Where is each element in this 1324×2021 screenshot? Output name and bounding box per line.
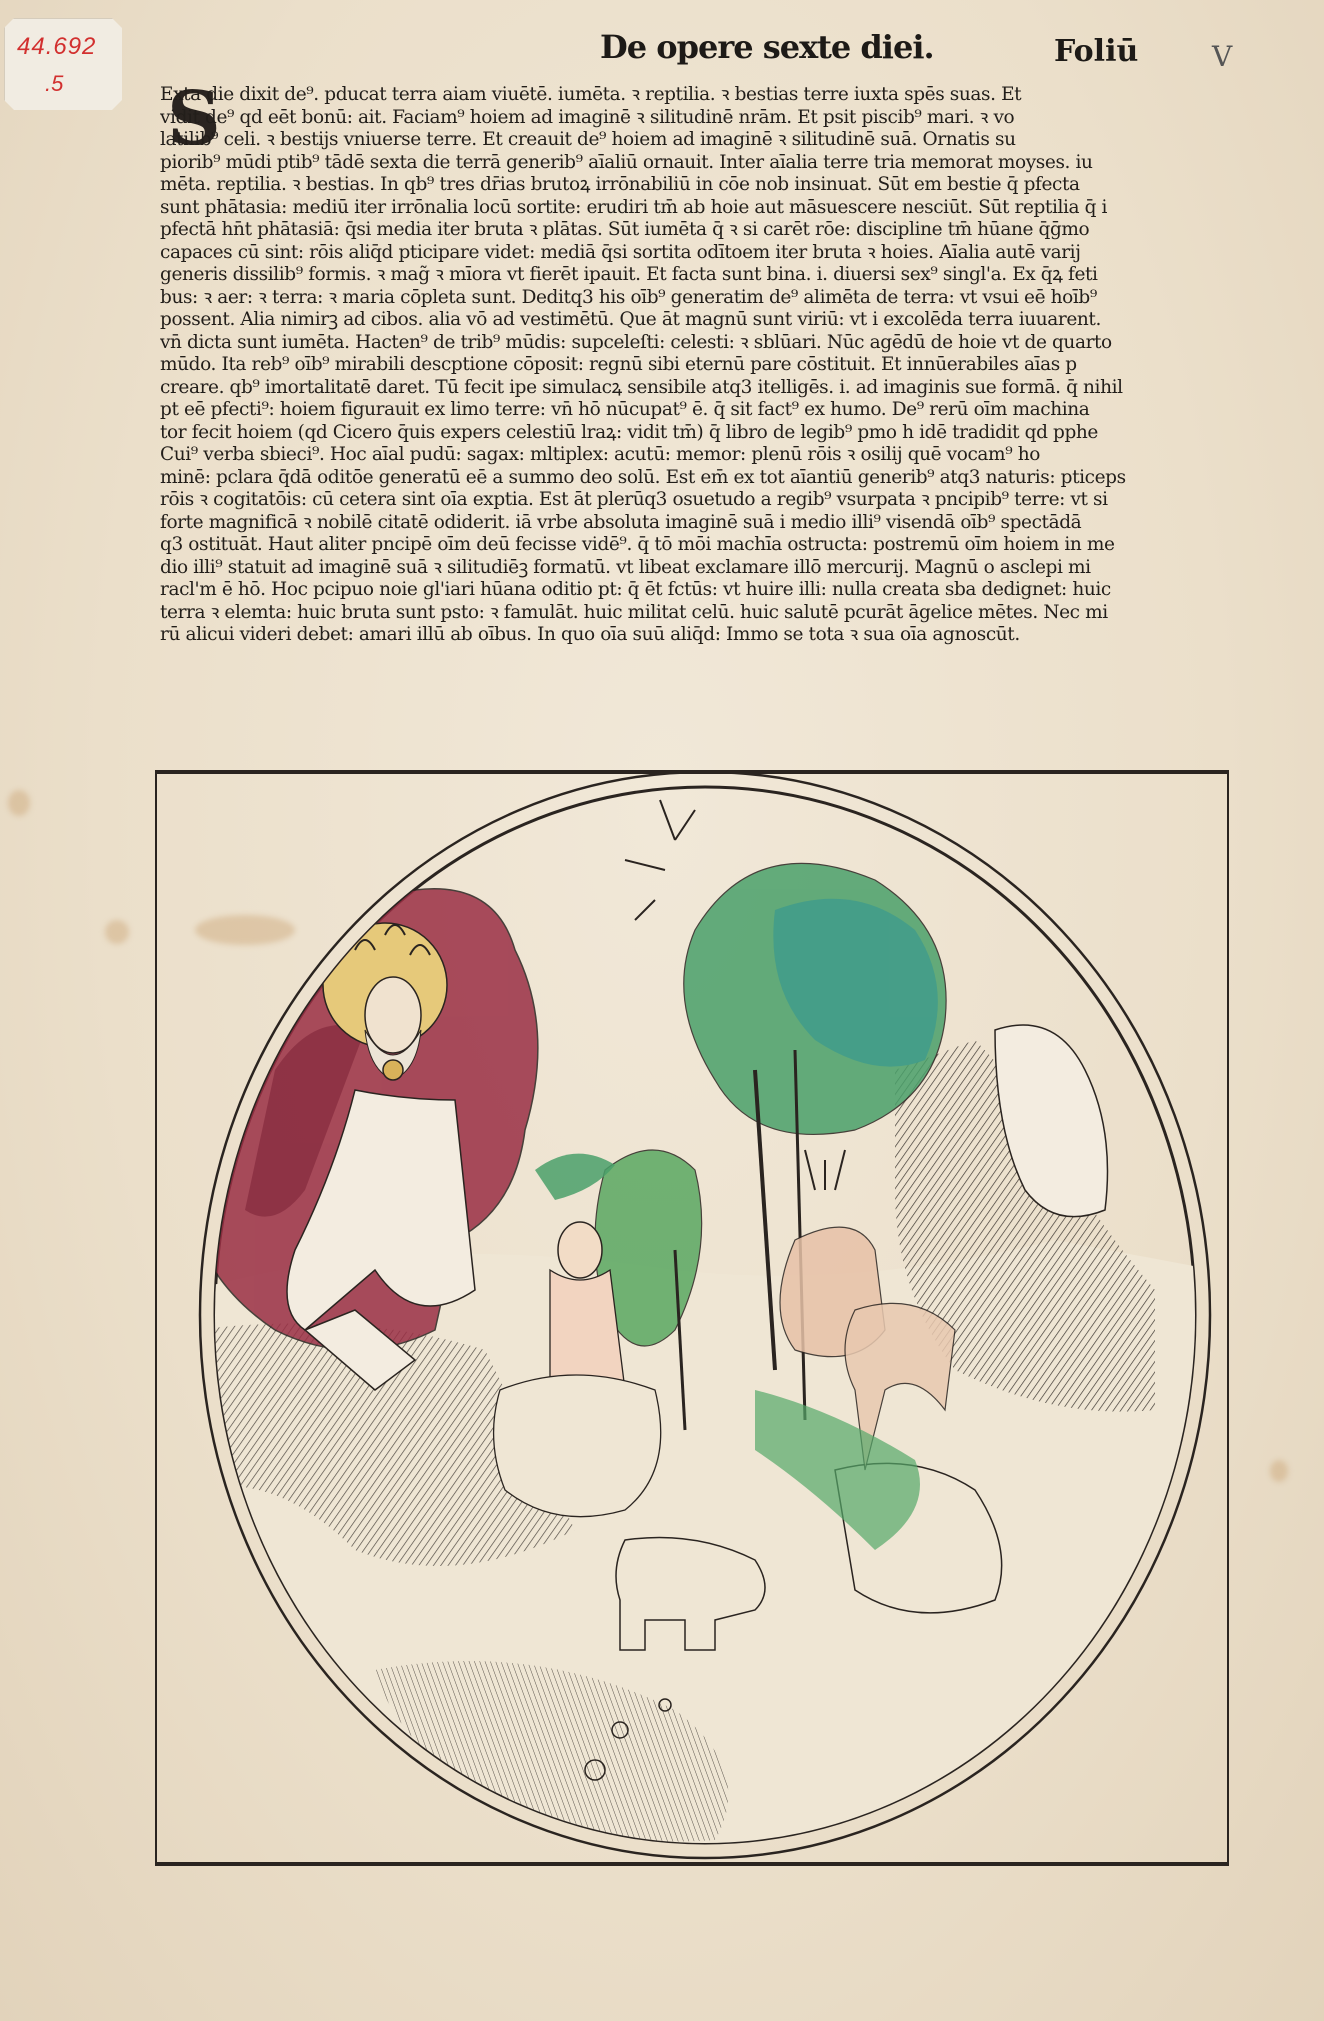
text-line: q3 ostituāt. Haut aliter pncipē oīm deū …	[160, 534, 1240, 557]
text-line: sunt phātasia: mediū iter irrōnalia locū…	[160, 197, 1240, 220]
text-line: bus: ꝛ aer: ꝛ terra: ꝛ maria cōpleta sun…	[160, 287, 1240, 310]
text-line: generis dissilib⁹ formis. ꝛ mag̃ ꝛ mīora…	[160, 264, 1240, 287]
paper-stain	[8, 790, 30, 816]
text-line: pfectā hn̄t phātasiā: q̄si media iter br…	[160, 219, 1240, 242]
paper-stain	[1270, 1460, 1288, 1482]
catalog-label: 44.692 .5	[4, 18, 124, 112]
text-line: piorib⁹ mūdi ptib⁹ tādē sexta die terrā …	[160, 152, 1240, 175]
adam-head	[558, 1222, 602, 1278]
text-line: latilib⁹ celi. ꝛ bestijs vniuerse terre.…	[160, 129, 1240, 152]
text-line: capaces cū sint: rōis aliq̄d pticipare v…	[160, 242, 1240, 265]
text-line: rū alicui videri debet: amari illū ab oī…	[160, 624, 1240, 647]
text-line: rōis ꝛ cogitatōis: cū cetera sint oīa ex…	[160, 489, 1240, 512]
text-line: terra ꝛ elemta: huic bruta sunt psto: ꝛ …	[160, 602, 1240, 625]
text-line: mēta. reptilia. ꝛ bestias. In qb⁹ tres d…	[160, 174, 1240, 197]
text-line: minē: pclara q̄dā oditōe generatū eē a s…	[160, 467, 1240, 490]
body-text: Exta die dixit de⁹. pducat terra aiam vi…	[160, 84, 1240, 647]
text-line: creare. qb⁹ imortalitatē daret. Tū fecit…	[160, 377, 1240, 400]
text-line: vn̄ dicta sunt iumēta. Hacten⁹ de trib⁹ …	[160, 332, 1240, 355]
text-line: forte magnificā ꝛ nobilē citatē odiderit…	[160, 512, 1240, 535]
creation-of-adam-woodcut	[155, 770, 1229, 1864]
catalog-number: 44.692	[17, 33, 96, 61]
text-line: Exta die dixit de⁹. pducat terra aiam vi…	[160, 84, 1240, 107]
running-title: De opere sexte diei.	[600, 28, 934, 66]
text-line: dio illi⁹ statuit ad imaginē suā ꝛ silit…	[160, 557, 1240, 580]
folio-number: V	[1212, 40, 1232, 73]
paper-stain	[105, 920, 129, 944]
catalog-sub: .5	[45, 71, 63, 97]
text-line: Cui⁹ verba sbieci⁹. Hoc aīal pudū: sagax…	[160, 444, 1240, 467]
text-line: possent. Alia nimirꝫ ad cibos. alia vō a…	[160, 309, 1240, 332]
text-line: racl'm ē hō. Hoc pcipuo noie gl'iari hūa…	[160, 579, 1240, 602]
text-line: tor fecit hoiem (qd Cicero q̄uis expers …	[160, 422, 1240, 445]
text-line: vidit de⁹ qd eēt bonū: ait. Faciam⁹ hoie…	[160, 107, 1240, 130]
text-line: mūdo. Ita reb⁹ oīb⁹ mirabili descptione …	[160, 354, 1240, 377]
text-line: pt eē pfecti⁹: hoiem figurauit ex limo t…	[160, 399, 1240, 422]
folio-label: Foliū	[1054, 34, 1138, 69]
